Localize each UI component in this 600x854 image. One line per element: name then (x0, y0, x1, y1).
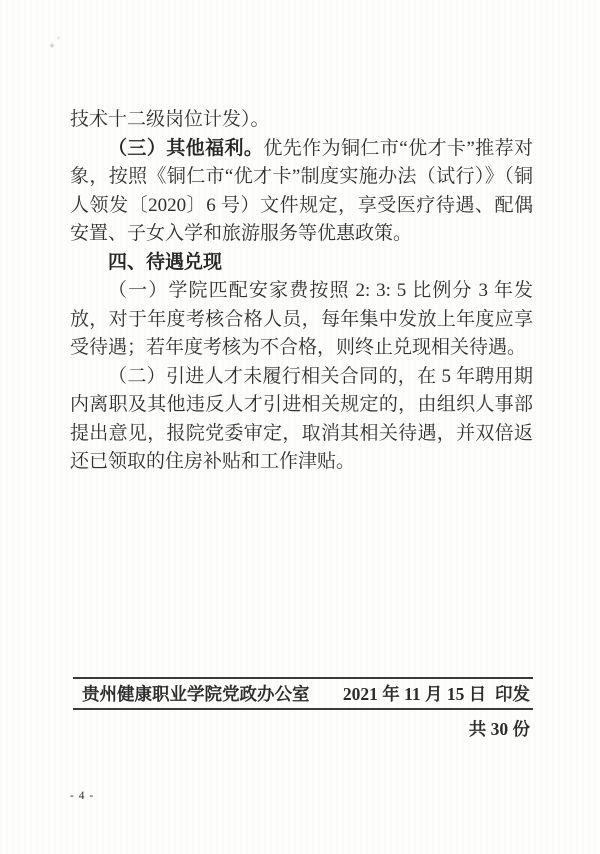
paragraph-other-benefits: （三）其他福利。优先作为铜仁市“优才卡”推荐对象，按照《铜仁市“优才卡”制度实施… (70, 135, 533, 249)
scan-speck (56, 36, 61, 40)
paragraph-item-1: （一）学院匹配安家费按照 2: 3: 5 比例分 3 年发放，对于年度考核合格人… (70, 277, 533, 363)
document-page: 技术十二级岗位计发）。 （三）其他福利。优先作为铜仁市“优才卡”推荐对象，按照《… (0, 0, 600, 854)
imprint-rule-top (73, 677, 533, 679)
other-benefits-bold-label: （三）其他福利。 (108, 138, 263, 159)
print-date: 2021 年 11 月 15 日 印发 (343, 683, 530, 705)
copies-count: 共 30 份 (469, 716, 530, 741)
scan-speck (49, 43, 55, 48)
page-number: - 4 - (70, 790, 94, 802)
paragraph-item-2: （二）引进人才未履行相关合同的，在 5 年聘用期内离职及其他违反人才引进相关规定… (70, 363, 533, 477)
imprint-row: 贵州健康职业学院党政办公室 2021 年 11 月 15 日 印发 (82, 683, 530, 705)
issuing-office: 贵州健康职业学院党政办公室 (82, 683, 310, 705)
section-heading: 四、待遇兑现 (70, 249, 533, 278)
paragraph-continuation: 技术十二级岗位计发）。 (70, 106, 533, 135)
document-body: 技术十二级岗位计发）。 （三）其他福利。优先作为铜仁市“优才卡”推荐对象，按照《… (70, 106, 533, 477)
imprint-rule-bottom (73, 708, 533, 710)
